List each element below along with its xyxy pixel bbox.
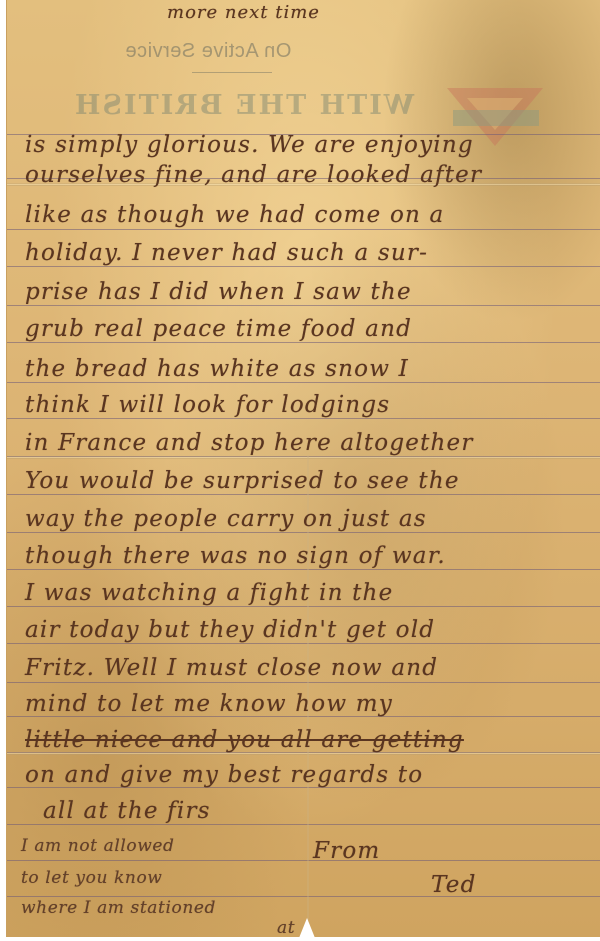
ruled-line — [7, 532, 600, 533]
ruled-line — [7, 606, 600, 607]
body-line: grub real peace time food and — [25, 316, 412, 342]
body-line: think I will look for lodgings — [25, 392, 390, 418]
body-line: is simply glorious. We are enjoying — [25, 132, 474, 158]
body-line: I was watching a fight in the — [25, 580, 393, 606]
body-line: mind to let me know how my — [25, 691, 393, 717]
body-line: in France and stop here altogether — [25, 430, 474, 456]
body-line: Fritz. Well I must close now and — [25, 655, 438, 681]
printed-divider — [192, 72, 272, 73]
body-line: like as though we had come on a — [25, 202, 444, 228]
body-line: prise has I did when I saw the — [25, 279, 412, 305]
ruled-line — [7, 229, 600, 230]
ruled-line — [7, 382, 600, 383]
ruled-line — [7, 494, 600, 495]
ruled-line — [7, 643, 600, 644]
body-line: ourselves fine, and are looked after — [25, 162, 482, 188]
body-line-struck: little niece and you all are getting — [25, 727, 464, 753]
postscript-line: I am not allowed — [21, 836, 175, 856]
body-line: holiday. I never had such a sur- — [25, 240, 428, 266]
ruled-line — [7, 682, 600, 683]
postscript-line: at — [277, 918, 295, 938]
signature: Ted — [431, 872, 477, 898]
postscript-line: where I am stationed — [21, 898, 216, 918]
top-note: more next time — [167, 2, 320, 23]
printed-letterhead-header: WITH THE BRITISH — [73, 90, 414, 121]
body-line: all at the firs — [43, 798, 211, 824]
ruled-line — [7, 824, 600, 825]
closing: From — [313, 838, 380, 864]
ruled-line — [7, 896, 600, 897]
ruled-line — [7, 342, 600, 343]
body-line: air today but they didn't get old — [25, 617, 435, 643]
ruled-line — [7, 305, 600, 306]
postscript-line: to let you know — [21, 868, 162, 888]
ruled-line — [7, 418, 600, 419]
printed-service-line: On Active Service — [125, 40, 291, 63]
paper-fold — [7, 456, 600, 459]
paper-tear — [299, 918, 315, 938]
body-line: way the people carry on just as — [25, 506, 427, 532]
ruled-line — [7, 569, 600, 570]
letter-paper: On Active Service WITH THE BRITISH more … — [6, 0, 600, 937]
body-line: though there was no sign of war. — [25, 543, 446, 569]
body-line: on and give my best regards to — [25, 762, 423, 788]
body-line: You would be surprised to see the — [25, 468, 460, 494]
ruled-line — [7, 860, 600, 861]
ruled-line — [7, 266, 600, 267]
body-line: the bread has white as snow I — [25, 356, 409, 382]
